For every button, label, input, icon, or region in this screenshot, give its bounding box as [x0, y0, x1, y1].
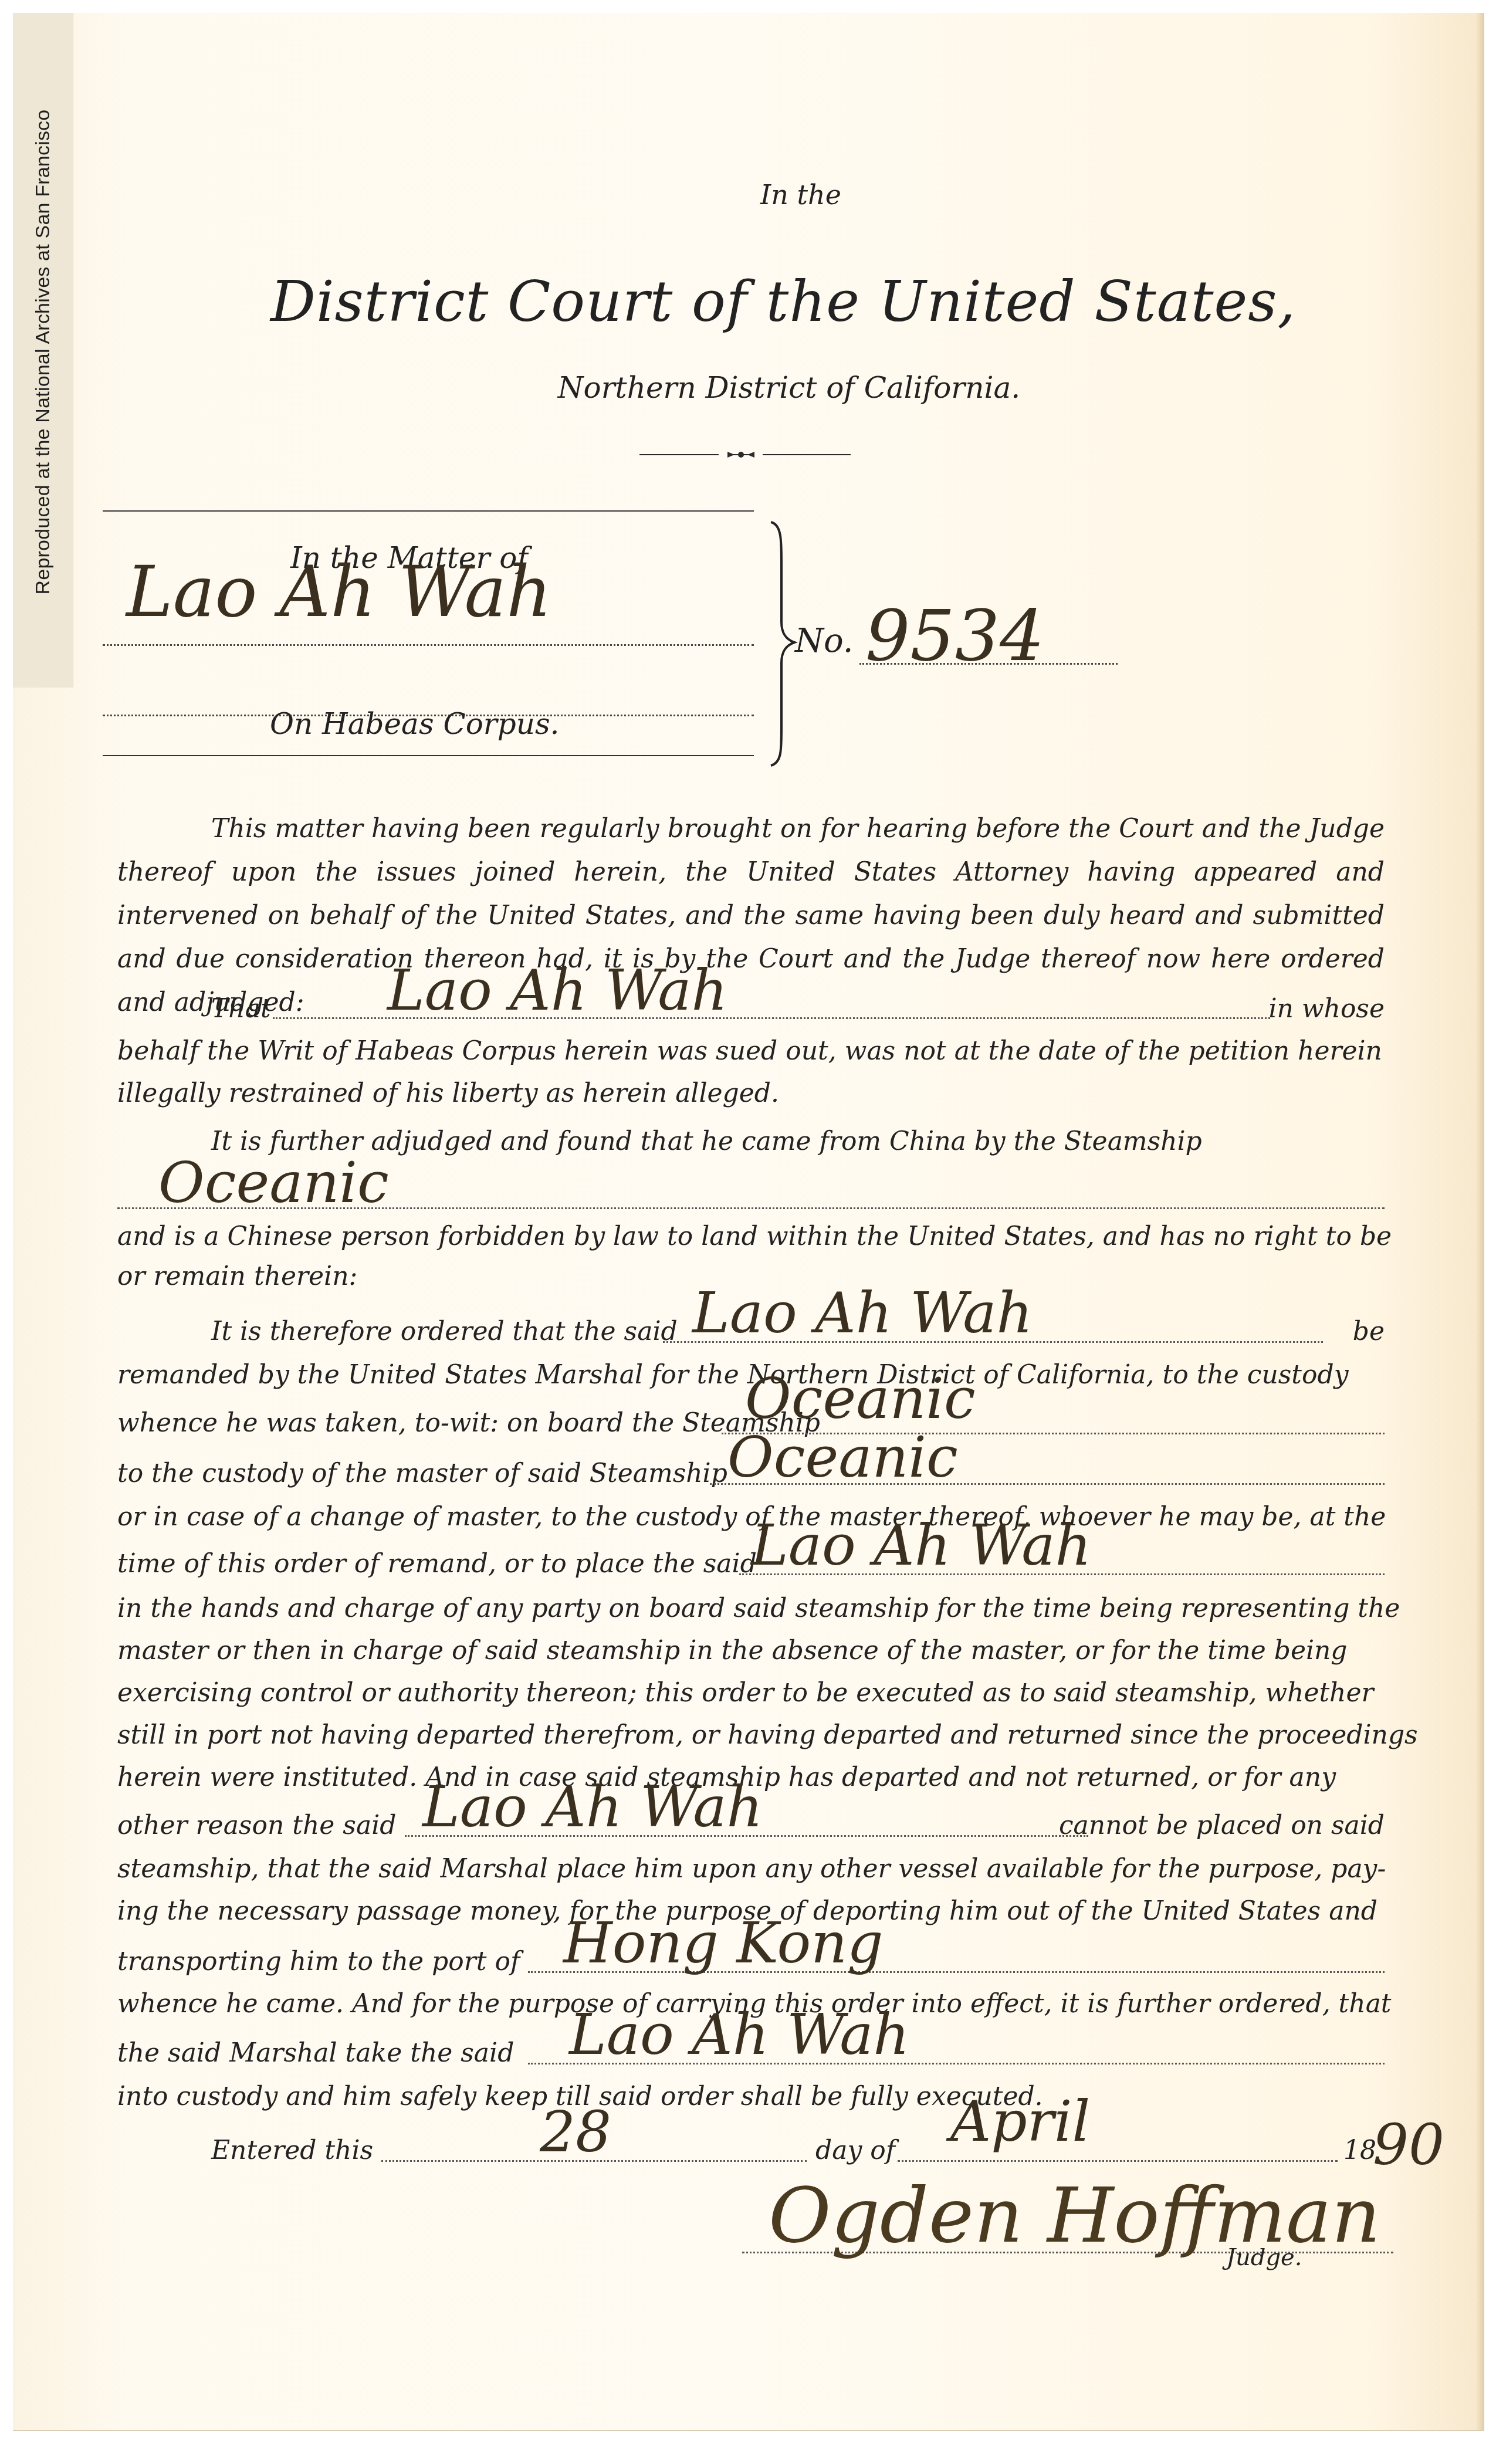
text-line: master or then in charge of said steamsh…: [117, 1636, 1348, 1666]
text-line: still in port not having departed theref…: [117, 1720, 1418, 1750]
heading-in-the: In the: [53, 179, 1496, 211]
caption-rule-bottom: [103, 755, 754, 756]
judge-label: Judge.: [1226, 2244, 1302, 2271]
text-line: cannot be placed on said: [1059, 1810, 1385, 1840]
text-line: remanded by the United States Marshal fo…: [117, 1360, 1349, 1390]
caption-dotted-line: [103, 644, 754, 646]
handwritten-ship: Oceanic: [158, 1150, 389, 1216]
line-text: exercising control or authority thereon;…: [117, 1678, 1385, 1721]
that-label: That: [211, 994, 271, 1024]
text-line: other reason the said: [117, 1810, 396, 1840]
text-line: behalf the Writ of Habeas Corpus herein …: [117, 1036, 1382, 1066]
in-whose-label: in whose: [1268, 994, 1385, 1024]
text-line: to the custody of the master of said Ste…: [117, 1458, 727, 1488]
case-no-label: No.: [795, 622, 854, 660]
text-line: and is a Chinese person forbidden by law…: [117, 1221, 1392, 1251]
handwritten-port: Hong Kong: [563, 1910, 884, 1976]
handwritten-name: Lao Ah Wah: [692, 1280, 1033, 1346]
line-text: steamship, that the said Marshal place h…: [117, 1854, 1385, 1897]
text-line: whence he was taken, to-wit: on board th…: [117, 1408, 820, 1438]
paragraph-hearing: This matter having been regularly brough…: [117, 807, 1385, 1024]
court-title: District Court of the United States,: [35, 269, 1496, 334]
case-caption: In the Matter of Lao Ah Wah On Habeas Co…: [103, 505, 769, 763]
text-line: transporting him to the port of: [117, 1947, 520, 1976]
handwritten-name: Lao Ah Wah: [422, 1774, 763, 1840]
handwritten-name: Lao Ah Wah: [751, 1512, 1091, 1578]
line-place: time of this order of remand, or to plac…: [117, 1549, 1385, 1592]
caption-rule-top: [103, 510, 754, 512]
text-line: steamship, that the said Marshal place h…: [117, 1854, 1386, 1884]
district-title: Northern District of California.: [41, 371, 1496, 405]
text-line: or remain therein:: [117, 1261, 357, 1291]
line-other-reason: other reason the said Lao Ah Wah cannot …: [117, 1810, 1385, 1854]
line-text: still in port not having departed theref…: [117, 1720, 1385, 1764]
line-ordered: It is therefore ordered that the said La…: [117, 1316, 1385, 1360]
line-text: master or then in charge of said steamsh…: [117, 1636, 1385, 1679]
line-text: in the hands and charge of any party on …: [117, 1593, 1385, 1637]
text-line: the said Marshal take the said: [117, 2038, 514, 2068]
habeas-label: On Habeas Corpus.: [270, 707, 559, 741]
text-line: illegally restrained of his liberty as h…: [117, 1078, 779, 1108]
text-line: exercising control or authority thereon;…: [117, 1678, 1374, 1708]
day-of-label: day of: [815, 2135, 895, 2165]
text-line: in the hands and charge of any party on …: [117, 1593, 1400, 1623]
handwritten-day: 28: [540, 2099, 611, 2165]
line-text: behalf the Writ of Habeas Corpus herein …: [117, 1036, 1385, 1079]
line-ship: Oceanic: [117, 1179, 1385, 1223]
line-that: That Lao Ah Wah in whose: [117, 994, 1385, 1037]
line-text: illegally restrained of his liberty as h…: [117, 1078, 1385, 1122]
text-line: It is therefore ordered that the said: [211, 1316, 678, 1346]
line-take: the said Marshal take the said Lao Ah Wa…: [117, 2038, 1385, 2081]
text-line: be: [1353, 1316, 1385, 1346]
handwritten-name: Lao Ah Wah: [387, 957, 727, 1023]
line-port: transporting him to the port of Hong Kon…: [117, 1947, 1385, 1990]
handwritten-name: Lao Ah Wah: [569, 2002, 909, 2067]
year-prefix: 18: [1343, 2135, 1376, 2165]
handwritten-month: April: [950, 2089, 1090, 2154]
line-text: and is a Chinese person forbidden by law…: [117, 1221, 1385, 1265]
handwritten-ship: Oceanic: [727, 1424, 958, 1490]
text-line: time of this order of remand, or to plac…: [117, 1549, 757, 1579]
blank-line: [898, 2160, 1338, 2162]
petitioner-name: Lao Ah Wah: [126, 551, 551, 633]
case-no-value: 9534: [865, 595, 1044, 677]
entered-label: Entered this: [211, 2135, 373, 2165]
handwritten-year: 90: [1373, 2112, 1444, 2178]
line-text: into custody and him safely keep till sa…: [117, 2081, 1385, 2125]
ornament-divider-icon: [639, 451, 851, 459]
handwritten-ship: Oceanic: [745, 1366, 976, 1431]
archive-stamp: Reproduced at the National Archives at S…: [32, 110, 55, 595]
line-master: to the custody of the master of said Ste…: [117, 1458, 1385, 1502]
